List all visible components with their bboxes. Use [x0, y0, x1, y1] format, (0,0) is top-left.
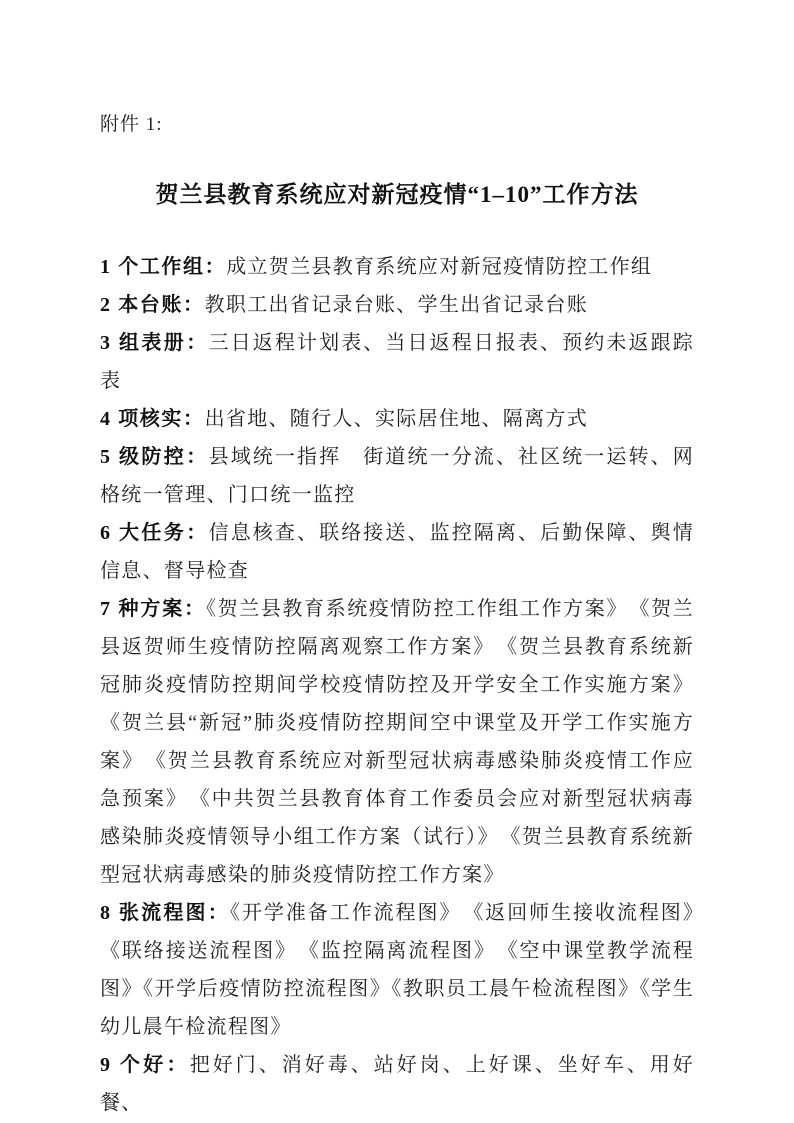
work-item-7: 7 种方案：《贺兰县教育系统疫情防控工作组工作方案》 《贺兰县返贺师生疫情防控隔… — [100, 590, 694, 894]
work-item-4-text: 出省地、随行人、实际居住地、隔离方式 — [205, 408, 588, 430]
work-item-5: 5 级防控：县域统一指挥 街道统一分流、社区统一运转、网格统一管理、门口统一监控 — [100, 438, 694, 514]
document-content: 附件 1: 贺兰县教育系统应对新冠疫情“1–10”工作方法 1 个工作组：成立贺… — [0, 0, 794, 1122]
work-item-2-text: 教职工出省记录台账、学生出省记录台账 — [205, 294, 588, 316]
work-item-1: 1 个工作组：成立贺兰县教育系统应对新冠疫情防控工作组 — [100, 248, 694, 286]
work-item-9-text: 把好门、消好毒、站好岗、上好课、坐好车、用好餐、 — [100, 1054, 694, 1114]
work-item-1-text: 成立贺兰县教育系统应对新冠疫情防控工作组 — [226, 256, 652, 278]
work-item-5-label: 5 级防控： — [100, 446, 209, 468]
work-item-3: 3 组表册：三日返程计划表、当日返程日报表、预约未返跟踪表 — [100, 324, 694, 400]
work-item-8-label: 8 张流程图： — [100, 902, 230, 924]
work-item-2: 2 本台账：教职工出省记录台账、学生出省记录台账 — [100, 286, 694, 324]
work-item-7-label: 7 种方案： — [100, 598, 206, 620]
work-item-4: 4 项核实：出省地、随行人、实际居住地、隔离方式 — [100, 400, 694, 438]
work-item-6-label: 6 大任务： — [100, 522, 209, 544]
work-item-3-label: 3 组表册： — [100, 332, 209, 354]
work-item-9: 9 个好：把好门、消好毒、站好岗、上好课、坐好车、用好餐、 — [100, 1046, 694, 1122]
work-item-9-label: 9 个好： — [100, 1054, 190, 1076]
document-page: 附件 1: 贺兰县教育系统应对新冠疫情“1–10”工作方法 1 个工作组：成立贺… — [0, 0, 794, 1123]
work-item-2-label: 2 本台账： — [100, 294, 205, 316]
work-item-7-text: 《贺兰县教育系统疫情防控工作组工作方案》 《贺兰县返贺师生疫情防控隔离观察工作方… — [100, 598, 694, 886]
work-item-8: 8 张流程图：《开学准备工作流程图》 《返回师生接收流程图》 《联络接送流程图》… — [100, 894, 694, 1046]
work-item-1-label: 1 个工作组： — [100, 256, 226, 278]
document-body: 1 个工作组：成立贺兰县教育系统应对新冠疫情防控工作组 2 本台账：教职工出省记… — [100, 248, 694, 1122]
document-title: 贺兰县教育系统应对新冠疫情“1–10”工作方法 — [100, 180, 694, 210]
attachment-label: 附件 1: — [100, 112, 694, 138]
work-item-4-label: 4 项核实： — [100, 408, 205, 430]
work-item-6: 6 大任务：信息核查、联络接送、监控隔离、后勤保障、舆情信息、督导检查 — [100, 514, 694, 590]
